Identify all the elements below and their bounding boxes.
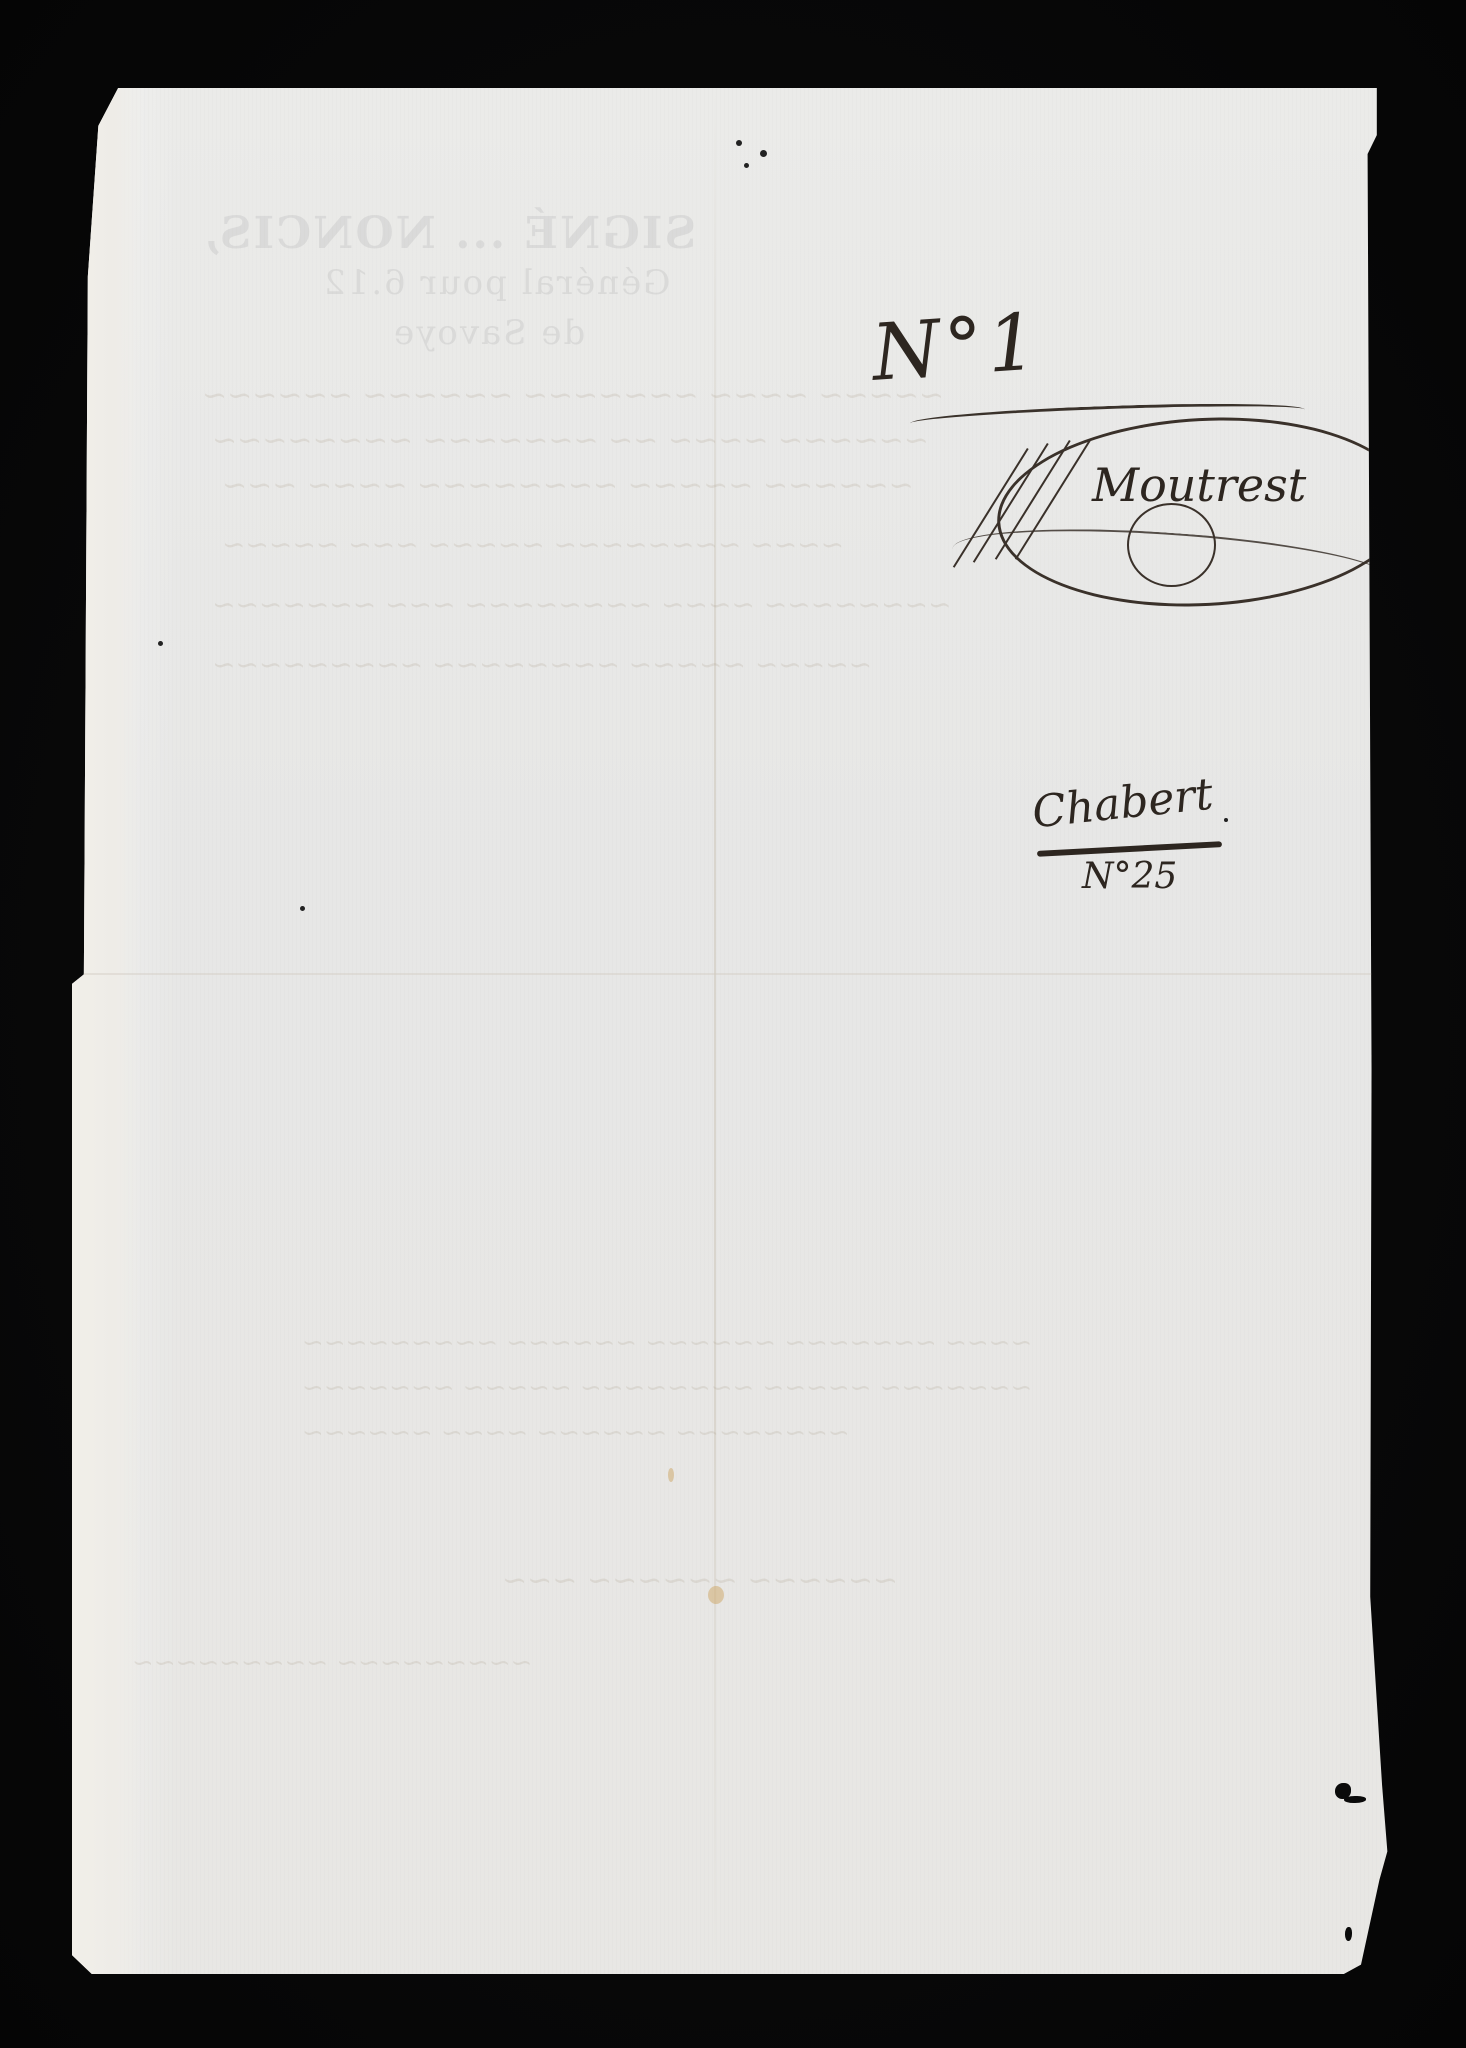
ink-speck bbox=[744, 163, 749, 168]
foxing-stain bbox=[708, 1586, 724, 1604]
show-through-handwriting: ~~~~~~~~~ ~~~~~~~~~ bbox=[132, 1648, 532, 1678]
show-through-handwriting: ~~~~~~ ~~~~~ ~~~~~~~~ ~~~~ ~~~ bbox=[222, 468, 914, 503]
ink-speck bbox=[1224, 818, 1228, 822]
show-through-handwriting: ~~~~~~~~ ~~~~~~ ~~~~ ~~~~~~ bbox=[302, 1418, 850, 1448]
paper-hole bbox=[1344, 1796, 1366, 1803]
signature-1-loop-flourish bbox=[1127, 503, 1216, 587]
foxing-stain bbox=[668, 1468, 674, 1482]
signature-2: Chabert bbox=[1030, 769, 1215, 839]
show-through-handwriting: ~~~~~~ ~~~~~~ ~~~ bbox=[502, 1563, 898, 1598]
show-through-handwriting: ~~~~~~~~ ~~~~ ~~~~~~~~ ~~~ ~~~~~~~ bbox=[212, 588, 951, 621]
document-number: N°1 bbox=[869, 297, 1044, 399]
photo-background: SIGNÉ ... NONCIS, Général pour 6.12 de S… bbox=[0, 0, 1466, 2048]
ink-speck bbox=[300, 906, 305, 911]
paper-hole bbox=[1345, 1927, 1352, 1941]
document-page: SIGNÉ ... NONCIS, Général pour 6.12 de S… bbox=[72, 88, 1390, 1974]
horizontal-fold-line bbox=[72, 973, 1390, 975]
signature-2-underline bbox=[1037, 841, 1222, 857]
show-through-handwriting: ~~~~ ~~~~~~~ ~~~~~~ ~~~~~~ ~~~~~~~~~ bbox=[302, 1328, 1032, 1358]
show-through-heading-1: SIGNÉ ... NONCIS, bbox=[202, 208, 696, 259]
ink-speck bbox=[158, 641, 163, 646]
paper-left-margin bbox=[72, 88, 142, 1974]
signature-1: Moutrest bbox=[1092, 458, 1306, 512]
show-through-handwriting: ~~~~~ ~~~~~ ~~~~~~~~ ~~~~~~~~~ bbox=[212, 648, 872, 681]
show-through-handwriting: ~~~~~ ~~~~ ~~~~~~~ ~~~~~~ ~~~~~~ bbox=[202, 378, 944, 413]
ink-speck bbox=[760, 150, 767, 157]
show-through-handwriting: ~~~~~~~ ~~~~~ ~~~~~~~~ ~~~~~ ~~~~~~~ bbox=[302, 1373, 1032, 1403]
vertical-fold-line bbox=[714, 88, 716, 1974]
show-through-heading-3: de Savoye bbox=[392, 313, 585, 353]
show-through-heading-2: Général pour 6.12 bbox=[322, 263, 670, 303]
show-through-handwriting: ~~~~ ~~~~~~~~ ~~~~~ ~~~ ~~~~~ bbox=[222, 528, 844, 561]
show-through-handwriting: ~~~~~~ ~~~~ ~~ ~~~~~~~ ~~~~~~~~ bbox=[212, 423, 929, 458]
ink-speck bbox=[736, 140, 742, 146]
signature-2-number: N°25 bbox=[1082, 856, 1177, 897]
